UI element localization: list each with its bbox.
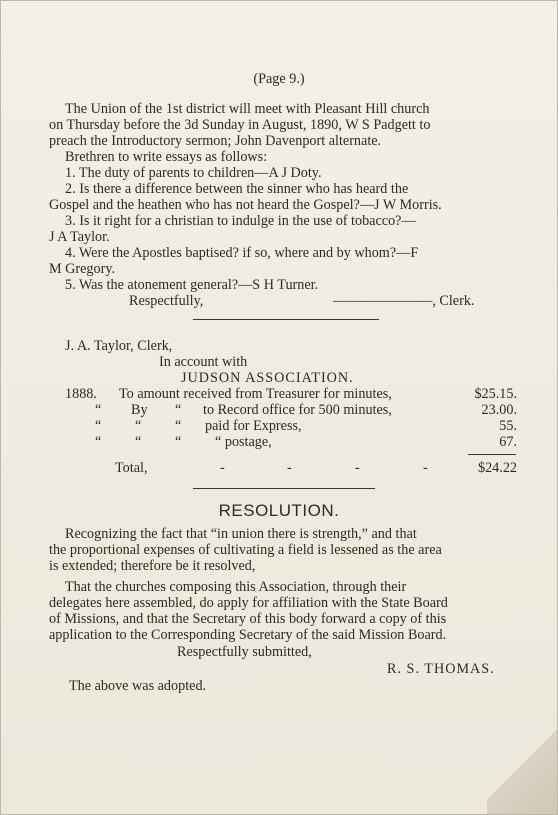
text-line: is extended; therefore be it resolved, <box>49 558 557 574</box>
account-in-account-with: In account with <box>159 354 557 370</box>
row-year: “ <box>95 434 101 450</box>
text-line: of Missions, and that the Secretary of t… <box>49 611 557 627</box>
row-desc: “ postage, <box>215 434 272 450</box>
divider <box>193 319 379 320</box>
row-year: 1888. <box>65 386 97 402</box>
row-col2: By <box>131 402 148 418</box>
essay-item-cont: M Gregory. <box>49 261 557 277</box>
text-line: The Union of the 1st district will meet … <box>65 101 515 117</box>
dash: - <box>355 460 360 476</box>
row-amount: 23.00. <box>482 402 517 418</box>
total-label: Total, <box>115 460 148 476</box>
text-line: Recognizing the fact that “in union ther… <box>65 526 557 542</box>
account-clerk: J. A. Taylor, Clerk, <box>65 338 557 354</box>
row-desc: to Record office for 500 minutes, <box>203 402 392 418</box>
row-year: “ <box>95 418 101 434</box>
resolution-title: RESOLUTION. <box>1 503 557 519</box>
row-desc: paid for Express, <box>205 418 302 434</box>
row-amount: 55. <box>499 418 517 434</box>
total-amount: $24.22 <box>478 460 517 476</box>
dash: - <box>220 460 225 476</box>
row-year: “ <box>95 402 101 418</box>
row-col3: “ <box>175 434 181 450</box>
page-header: (Page 9.) <box>1 71 557 87</box>
essay-item-cont: Gospel and the heathen who has not heard… <box>49 197 557 213</box>
divider <box>193 488 375 489</box>
row-amount: 67. <box>499 434 517 450</box>
signer-name: R. S. THOMAS. <box>387 661 557 677</box>
text-line: the proportional expenses of cultivating… <box>49 542 557 558</box>
dash: - <box>423 460 428 476</box>
essays-intro: Brethren to write essays as follows: <box>65 149 557 165</box>
text-line: application to the Corresponding Secreta… <box>49 627 557 643</box>
adopted-note: The above was adopted. <box>69 678 557 694</box>
clerk-signature-line: ———————, Clerk. <box>333 293 557 309</box>
essay-item: 1. The duty of parents to children—A J D… <box>65 165 557 181</box>
total-rule <box>468 454 516 455</box>
row-amount: $25.15. <box>474 386 517 402</box>
dash: - <box>287 460 292 476</box>
essay-item-cont: J A Taylor. <box>49 229 557 245</box>
closing-respectfully-submitted: Respectfully submitted, <box>177 644 557 660</box>
essay-item: 4. Were the Apostles baptised? if so, wh… <box>65 245 557 261</box>
account-association: JUDSON ASSOCIATION. <box>181 370 557 386</box>
essay-item: 2. Is there a difference between the sin… <box>65 181 557 197</box>
folded-corner <box>487 714 557 814</box>
text-line: on Thursday before the 3d Sunday in Augu… <box>49 117 515 133</box>
text-line: That the churches composing this Associa… <box>65 579 557 595</box>
row-col3: “ <box>175 418 181 434</box>
text-line: delegates here assembled, do apply for a… <box>49 595 557 611</box>
row-col2: “ <box>135 418 141 434</box>
row-desc: To amount received from Treasurer for mi… <box>119 386 392 402</box>
text-line: preach the Introductory sermon; John Dav… <box>49 133 515 149</box>
essay-item: 5. Was the atonement general?—S H Turner… <box>65 277 557 293</box>
document-page: (Page 9.) The Union of the 1st district … <box>0 0 558 815</box>
row-col3: “ <box>175 402 181 418</box>
essay-item: 3. Is it right for a christian to indulg… <box>65 213 557 229</box>
row-col2: “ <box>135 434 141 450</box>
